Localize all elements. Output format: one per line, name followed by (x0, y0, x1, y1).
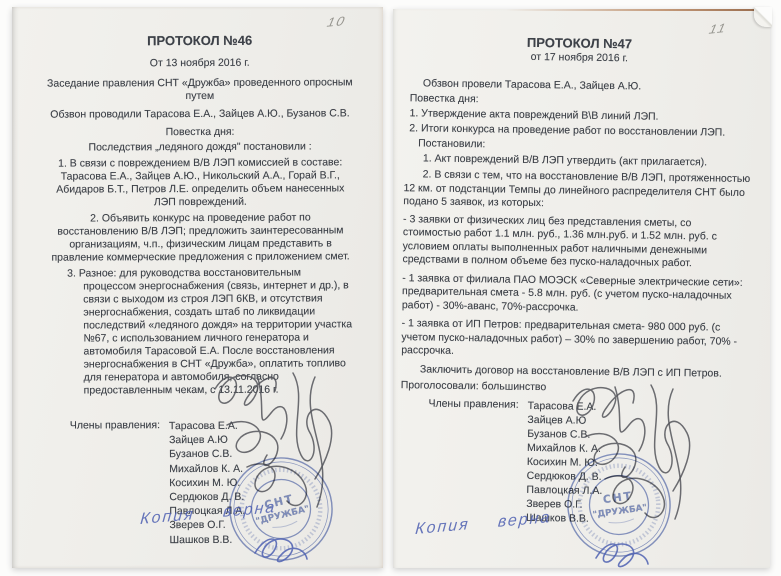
protocol-47-page: 11 ПРОТОКОЛ №47 от 17 ноября 2016 г. Обз… (393, 9, 770, 568)
date-line: От 13 ноября 2016 г. (38, 56, 361, 70)
member-name: Зайцев А.Ю (527, 412, 603, 427)
stamp-text: "ДРУЖБА" (592, 503, 648, 521)
agenda-label: Повестка дня: (39, 125, 362, 139)
page-title: ПРОТОКОЛ №46 (38, 32, 361, 49)
resolution-item: 1. В связи с повреждением В/В ЛЭП комисс… (39, 156, 362, 209)
member-name: Бузанов С.В. (527, 426, 603, 441)
agenda-subtitle: Последствия „ледяного дождя" постановили… (39, 140, 362, 154)
members-label: Члены правления: (70, 419, 161, 547)
stamp-text: СНТ (602, 489, 634, 506)
intro-line: Заседание правления СНТ «Дружба» проведе… (38, 76, 361, 103)
decision-line: Заключить договор на восстановление В/В … (401, 363, 749, 381)
resolution-item: 3. Разное: для руководства восстановител… (39, 266, 363, 397)
bid-paragraph: - 1 заявка от ИП Петров: предварительная… (401, 317, 750, 362)
ink-signature-icon (588, 534, 658, 572)
resolution-item: 1. Акт повреждений В/В ЛЭП утвердить (ак… (404, 152, 752, 170)
ink-signature-icon (247, 529, 317, 567)
resolution-item: 2. Объявить конкурс на проведение работ … (39, 211, 362, 264)
member-name: Тарасова Е.А. (169, 419, 245, 434)
member-name: Тарасова Е.А. (528, 398, 604, 413)
resolution-item: 2. В связи с тем, что на восстановление … (403, 168, 752, 213)
member-name: Зайцев А.Ю (169, 433, 245, 448)
members-label: Члены правления: (427, 397, 519, 524)
vote-result: Проголосовали: большинство (401, 379, 749, 397)
bid-paragraph: - 3 заявки от физических лиц без предста… (402, 213, 751, 272)
member-name: Бузанов С.В. (169, 447, 245, 462)
protocol-46-page: 10 ПРОТОКОЛ №46 От 13 ноября 2016 г. Зас… (12, 7, 383, 568)
intro-line: Обзвон проводили Тарасова Е.А., Зайцев А… (38, 107, 361, 121)
scanned-photo: 10 ПРОТОКОЛ №46 От 13 ноября 2016 г. Зас… (0, 0, 781, 576)
bid-paragraph: - 1 заявка от филиала ПАО МОЭСК «Северны… (402, 272, 751, 317)
